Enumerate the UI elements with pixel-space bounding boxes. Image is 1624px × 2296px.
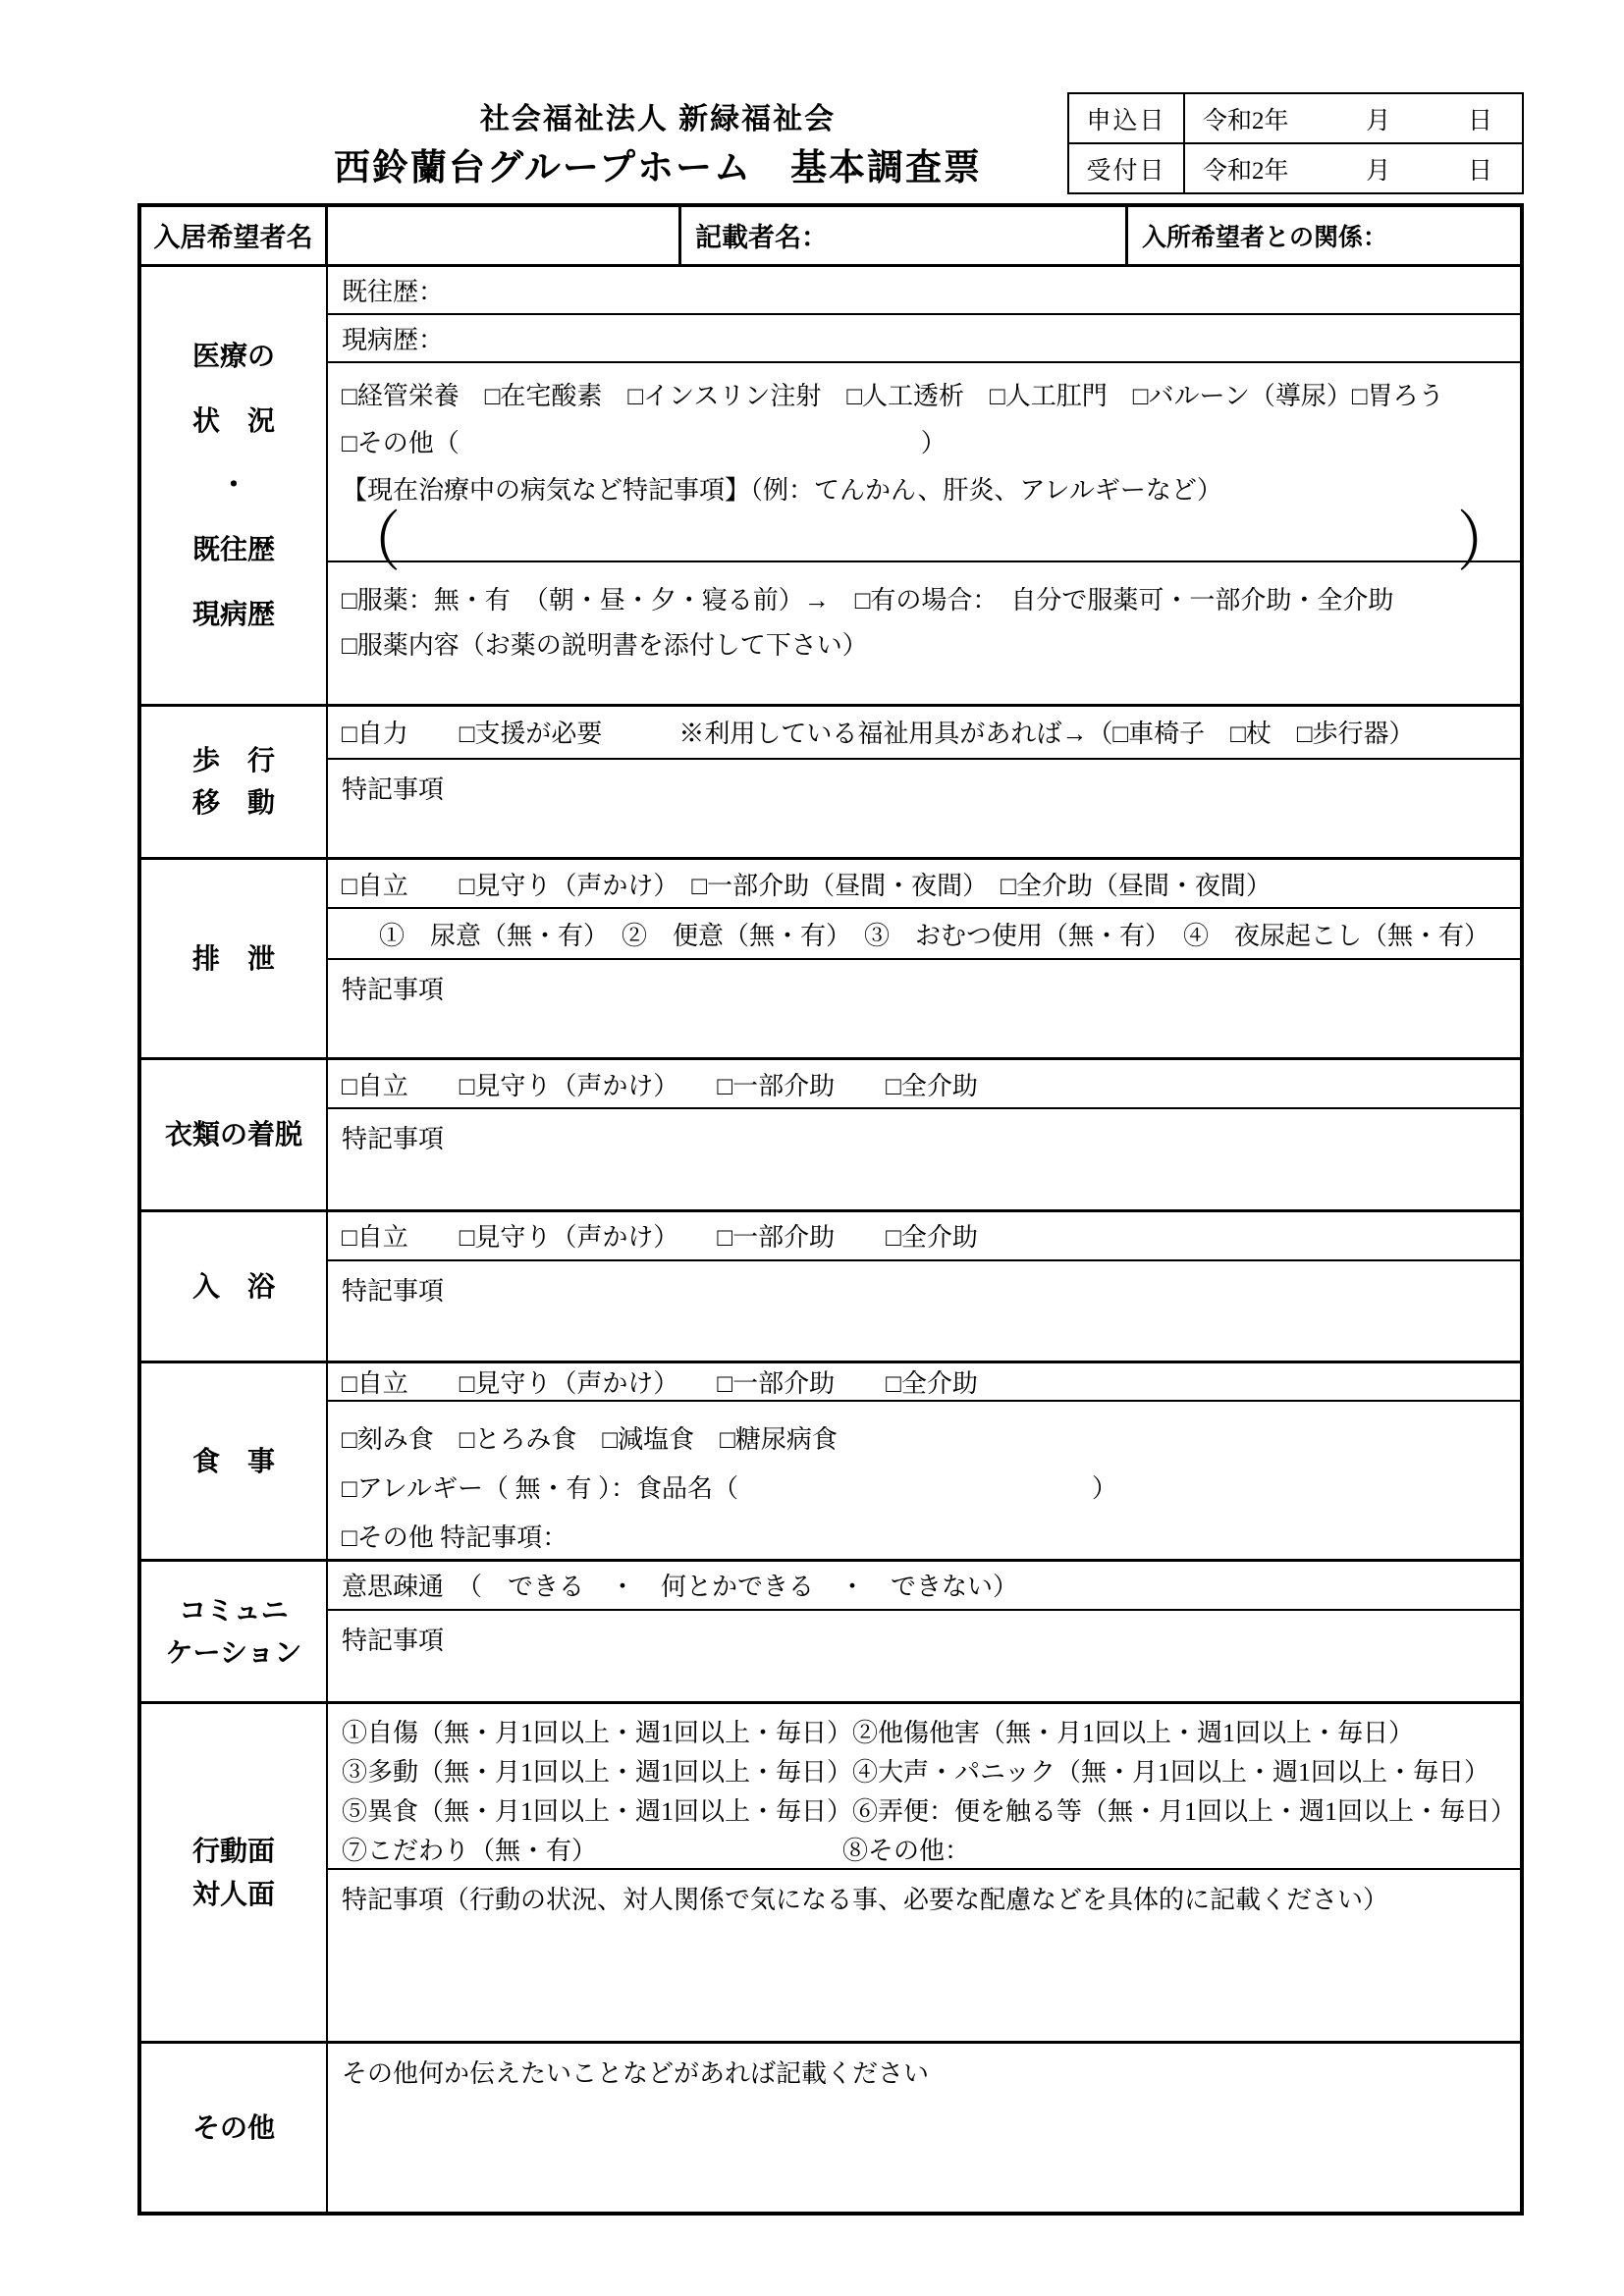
- relation-label: 入所希望者との関係：: [1128, 207, 1520, 264]
- reception-date-label: 受付日: [1069, 144, 1185, 192]
- application-date-day: 日: [1468, 101, 1492, 136]
- section-body-toilet: □自立 □見守り（声かけ） □一部介助（昼間・夜間） □全介助（昼間・夜間） ①…: [328, 860, 1520, 1057]
- reception-date-month: 月: [1366, 151, 1390, 187]
- section-body-walking: □自力 □支援が必要 ※利用している福祉用具があれば→（□車椅子 □杖 □歩行器…: [328, 707, 1520, 857]
- medical-treatment-checkboxes: □経管栄養 □在宅酸素 □インスリン注射 □人工透析 □人工肛門 □バルーン（導…: [342, 373, 1520, 420]
- applicant-name-value: [328, 207, 681, 264]
- reception-date-day: 日: [1468, 151, 1492, 187]
- medical-other-checkbox: □その他（ ）: [342, 420, 1520, 467]
- section-body-dressing: □自立 □見守り（声かけ） □一部介助 □全介助 特記事項: [328, 1060, 1520, 1208]
- current-illness-row: 現病歴：: [328, 315, 1520, 363]
- behavior-line-4: ⑦こだわり（無・有） ⑧その他：: [342, 1832, 1520, 1871]
- bathing-options-row: □自立 □見守り（声かけ） □一部介助 □全介助: [328, 1212, 1520, 1261]
- section-label-dressing: 衣類の着脱: [141, 1060, 328, 1208]
- application-date-value: 令和2年 月 日: [1185, 94, 1522, 142]
- section-body-bathing: □自立 □見守り（声かけ） □一部介助 □全介助 特記事項: [328, 1212, 1520, 1361]
- section-meals: 食 事 □自立 □見守り（声かけ） □一部介助 □全介助 □刻み食 □とろみ食 …: [141, 1363, 1520, 1562]
- form-table: 入居希望者名 記載者名： 入所希望者との関係： 医療の 状 況 ・ 既往歴 現病…: [137, 203, 1524, 2216]
- communication-notes-row: 特記事項: [328, 1611, 1520, 1701]
- section-behavior: 行動面 対人面 ①自傷（無・月1回以上・週1回以上・毎日）②他傷他害（無・月1回…: [141, 1704, 1520, 2043]
- behavior-line-1: ①自傷（無・月1回以上・週1回以上・毎日）②他傷他害（無・月1回以上・週1回以上…: [342, 1714, 1520, 1753]
- behavior-items-row: ①自傷（無・月1回以上・週1回以上・毎日）②他傷他害（無・月1回以上・週1回以上…: [328, 1704, 1520, 1870]
- communication-options-row: 意思疎通 （ できる ・ 何とかできる ・ できない）: [328, 1562, 1520, 1611]
- toilet-sub-options-row: ① 尿意（無・有） ② 便意（無・有） ③ おむつ使用（無・有） ④ 夜尿起こし…: [328, 909, 1520, 960]
- section-body-behavior: ①自傷（無・月1回以上・週1回以上・毎日）②他傷他害（無・月1回以上・週1回以上…: [328, 1704, 1520, 2040]
- toilet-options-row: □自立 □見守り（声かけ） □一部介助（昼間・夜間） □全介助（昼間・夜間）: [328, 860, 1520, 909]
- date-box: 申込日 令和2年 月 日 受付日 令和2年 月 日: [1067, 92, 1524, 194]
- section-dressing: 衣類の着脱 □自立 □見守り（声かけ） □一部介助 □全介助 特記事項: [141, 1060, 1520, 1211]
- section-walking: 歩 行 移 動 □自力 □支援が必要 ※利用している福祉用具があれば→（□車椅子…: [141, 707, 1520, 860]
- section-body-meals: □自立 □見守り（声かけ） □一部介助 □全介助 □刻み食 □とろみ食 □減塩食…: [328, 1363, 1520, 1559]
- section-label-meals: 食 事: [141, 1363, 328, 1559]
- behavior-line-2: ③多動（無・月1回以上・週1回以上・毎日）④大声・パニック（無・月1回以上・週1…: [342, 1753, 1520, 1792]
- medication-row: □服薬：無・有 （朝・昼・夕・寝る前）→ □有の場合： 自分で服薬可・一部介助・…: [328, 562, 1520, 704]
- open-paren-glyph: （: [344, 509, 401, 575]
- reception-date-row: 受付日 令和2年 月 日: [1069, 142, 1522, 192]
- section-medical: 医療の 状 況 ・ 既往歴 現病歴 既往歴： 現病歴： □経管栄養 □在宅酸素 …: [141, 267, 1520, 707]
- section-communication: コミュニ ケーション 意思疎通 （ できる ・ 何とかできる ・ できない） 特…: [141, 1562, 1520, 1704]
- section-body-medical: 既往歴： 現病歴： □経管栄養 □在宅酸素 □インスリン注射 □人工透析 □人工…: [328, 267, 1520, 704]
- application-date-label: 申込日: [1069, 94, 1185, 142]
- application-date-row: 申込日 令和2年 月 日: [1069, 94, 1522, 142]
- dressing-options-row: □自立 □見守り（声かけ） □一部介助 □全介助: [328, 1060, 1520, 1109]
- meals-diet-row: □刻み食 □とろみ食 □減塩食 □糖尿病食 □アレルギー（ 無・有 ）：食品名（…: [328, 1402, 1520, 1563]
- medication-checkboxes: □服薬：無・有 （朝・昼・夕・寝る前）→ □有の場合： 自分で服薬可・一部介助・…: [342, 578, 1520, 623]
- section-body-communication: 意思疎通 （ できる ・ 何とかできる ・ できない） 特記事項: [328, 1562, 1520, 1701]
- meals-options-row: □自立 □見守り（声かけ） □一部介助 □全介助: [328, 1363, 1520, 1402]
- section-label-medical: 医療の 状 況 ・ 既往歴 現病歴: [141, 267, 328, 704]
- section-label-walking: 歩 行 移 動: [141, 707, 328, 857]
- section-label-toilet: 排 泄: [141, 860, 328, 1057]
- section-label-other: その他: [141, 2044, 328, 2212]
- behavior-notes-row: 特記事項（行動の状況、対人関係で気になる事、必要な配慮などを具体的に記載ください…: [328, 1870, 1520, 2040]
- reception-date-value: 令和2年 月 日: [1185, 144, 1522, 192]
- behavior-line-3: ⑤異食（無・月1回以上・週1回以上・毎日）⑥弄便：便を触る等（無・月1回以上・週…: [342, 1792, 1520, 1832]
- walking-notes-row: 特記事項: [328, 760, 1520, 857]
- meals-other-line: □その他 特記事項：: [342, 1514, 1520, 1563]
- toilet-notes-row: 特記事項: [328, 960, 1520, 1057]
- section-label-bathing: 入 浴: [141, 1212, 328, 1361]
- section-label-communication: コミュニ ケーション: [141, 1562, 328, 1701]
- writer-name-label: 記載者名：: [681, 207, 1128, 264]
- meals-diet-checkboxes: □刻み食 □とろみ食 □減塩食 □糖尿病食: [342, 1415, 1520, 1465]
- reception-date-era: 令和2年: [1203, 151, 1289, 187]
- treatment-note-title: 【現在治療中の病気など特記事項】（例：てんかん、肝炎、アレルギーなど）: [342, 467, 1520, 514]
- bathing-notes-row: 特記事項: [328, 1261, 1520, 1361]
- application-date-month: 月: [1366, 101, 1390, 136]
- other-notes-row: その他何か伝えたいことなどがあれば記載ください: [328, 2044, 1520, 2212]
- close-paren-glyph: ）: [1457, 509, 1514, 575]
- section-body-other: その他何か伝えたいことなどがあれば記載ください: [328, 2044, 1520, 2212]
- medical-care-row: □経管栄養 □在宅酸素 □インスリン注射 □人工透析 □人工肛門 □バルーン（導…: [328, 363, 1520, 562]
- section-bathing: 入 浴 □自立 □見守り（声かけ） □一部介助 □全介助 特記事項: [141, 1212, 1520, 1363]
- walking-options-row: □自力 □支援が必要 ※利用している福祉用具があれば→（□車椅子 □杖 □歩行器…: [328, 707, 1520, 760]
- section-other: その他 その他何か伝えたいことなどがあれば記載ください: [141, 2044, 1520, 2212]
- identity-row: 入居希望者名 記載者名： 入所希望者との関係：: [141, 207, 1520, 267]
- application-date-era: 令和2年: [1203, 101, 1289, 136]
- applicant-name-label: 入居希望者名: [141, 207, 328, 264]
- dressing-notes-row: 特記事項: [328, 1109, 1520, 1208]
- past-history-row: 既往歴：: [328, 267, 1520, 315]
- section-label-behavior: 行動面 対人面: [141, 1704, 328, 2040]
- meals-allergy-line: □アレルギー（ 無・有 ）：食品名（ ）: [342, 1465, 1520, 1514]
- section-toilet: 排 泄 □自立 □見守り（声かけ） □一部介助（昼間・夜間） □全介助（昼間・夜…: [141, 860, 1520, 1060]
- medication-detail: □服薬内容（お薬の説明書を添付して下さい）: [342, 623, 1520, 668]
